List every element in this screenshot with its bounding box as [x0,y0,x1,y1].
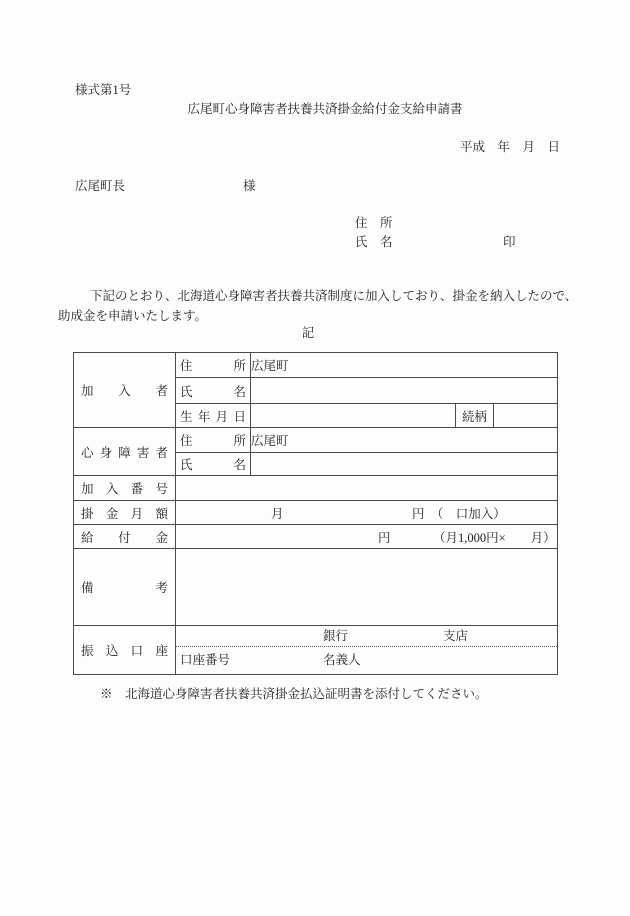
disabled-person-address-label: 住所 [176,431,250,449]
transfer-account-grid: 銀行 支店 口座番号 名義人 [176,626,557,674]
branch-label: 支店 [443,626,468,646]
disabled-person-name-value-cell [251,453,558,476]
table-row: 加入番号 [74,476,558,501]
benefit-label: 給付金 [74,528,175,546]
member-label: 加入者 [74,381,175,399]
disabled-person-address-label-cell: 住所 [176,428,251,453]
disabled-person-address-value-cell: 広尾町 [251,428,558,453]
bank-branch-row: 銀行 支店 [176,626,557,647]
member-address-value-cell: 広尾町 [251,353,558,378]
disabled-person-name-label-cell: 氏名 [176,453,251,476]
member-name-label: 氏名 [176,382,250,400]
table-row: 加入者 住所 広尾町 [74,353,558,378]
member-name-label-cell: 氏名 [176,378,251,404]
application-table: 加入者 住所 広尾町 氏名 生年月日 続柄 心身障害者 [73,352,558,675]
membership-number-label: 加入番号 [74,479,175,497]
remarks-label-cell: 備考 [74,549,176,626]
body-text-line1: 下記のとおり、北海道心身障害者扶養共済制度に加入しており、掛金を納入したので、 [58,288,577,304]
benefit-label-cell: 給付金 [74,525,176,549]
birthdate-value-cell [251,404,456,428]
bank-label: 銀行 [323,626,348,646]
applicant-address-label: 住 所 [355,215,393,231]
table-row: 振込口座 銀行 支店 口座番号 名義人 [74,626,558,675]
membership-number-value-cell [176,476,558,501]
table-row: 掛金月額 月 円 （ 口加入） [74,501,558,525]
applicant-name-label: 氏 名 [355,234,393,250]
benefit-value-cell: 円 （月1,000円× 月） [176,525,558,549]
monthly-premium-label: 掛金月額 [74,504,175,522]
benefit-formula-text: （月1,000円× 月） [433,528,556,546]
transfer-account-label-cell: 振込口座 [74,626,176,675]
seal-label: 印 [503,234,516,250]
document-title: 広尾町心身障害者扶養共済掛金給付金支給申請書 [10,101,630,117]
transfer-account-value-cell: 銀行 支店 口座番号 名義人 [176,626,558,675]
transfer-account-label: 振込口座 [74,641,175,659]
remarks-value-cell [176,549,558,626]
relationship-value-cell [494,404,558,428]
monthly-premium-month-text: 月 [271,504,284,522]
table-row: 備考 [74,549,558,626]
member-address-label: 住所 [176,356,250,374]
monthly-premium-label-cell: 掛金月額 [74,501,176,525]
birthdate-label: 生年月日 [176,407,250,425]
member-label-cell: 加入者 [74,353,176,428]
account-number-label: 口座番号 [180,647,230,674]
member-name-value-cell [251,378,558,404]
attachment-note: ※ 北海道心身障害者扶養共済掛金払込証明書を添付してください。 [100,686,488,702]
remarks-label: 備考 [74,578,175,596]
holder-label: 名義人 [323,647,361,674]
disabled-person-name-label: 氏名 [176,455,250,473]
monthly-premium-value-cell: 月 円 （ 口加入） [176,501,558,525]
body-text-line2: 助成金を申請いたします。 [58,308,207,324]
record-heading: 記 [0,325,616,341]
disabled-person-label: 心身障害者 [74,443,175,461]
monthly-premium-units-text: 円 （ 口加入） [412,504,506,522]
table-row: 給付金 円 （月1,000円× 月） [74,525,558,549]
addressee-name: 広尾町長 [75,178,125,194]
birthdate-label-cell: 生年月日 [176,404,251,428]
membership-number-label-cell: 加入番号 [74,476,176,501]
application-form-page: 様式第1号 広尾町心身障害者扶養共済掛金給付金支給申請書 平成 年 月 日 広尾… [0,0,630,916]
member-address-label-cell: 住所 [176,353,251,378]
relationship-label-cell: 続柄 [456,404,494,428]
account-holder-row: 口座番号 名義人 [176,647,557,674]
form-number: 様式第1号 [75,82,131,98]
date-line: 平成 年 月 日 [460,139,560,155]
benefit-yen-text: 円 [378,528,391,546]
table-row: 心身障害者 住所 広尾町 [74,428,558,453]
addressee-honorific: 様 [243,178,256,194]
disabled-person-label-cell: 心身障害者 [74,428,176,476]
